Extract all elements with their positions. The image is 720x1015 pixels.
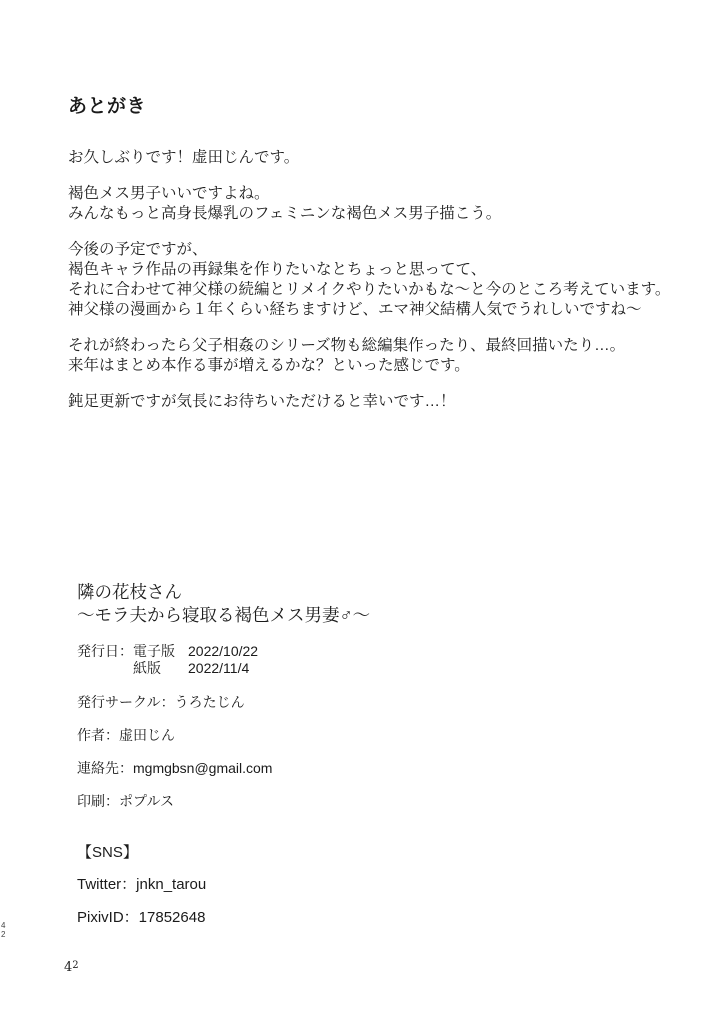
book-subtitle: ～モラ夫から寝取る褐色メス男妻♂～ (77, 604, 637, 627)
paragraph-line: それに合わせて神父様の続編とリメイクやりたいかもな～と今のところ考えています。 (68, 280, 688, 300)
issue-date-label-spacer (77, 660, 133, 677)
edge-signature-mark: 4 2 (1, 921, 5, 939)
page-number-digit-small: 2 (72, 960, 78, 971)
issue-dates-block: 発行日： 電子版 2022/10/22 紙版 2022/11/4 (77, 643, 637, 677)
afterword-page: あとがき お久しぶりです！虚田じんです。 褐色メス男子いいですよね。 みんなもっ… (0, 0, 720, 1015)
issue-row-digital: 発行日： 電子版 2022/10/22 (77, 643, 637, 660)
book-title: 隣の花枝さん (77, 581, 637, 604)
issue-date-digital: 2022/10/22 (188, 643, 258, 660)
issue-row-print: 紙版 2022/11/4 (77, 660, 637, 677)
issue-edition-print: 紙版 (133, 660, 188, 677)
twitter-line: Twitter：jnkn_tarou (77, 877, 637, 893)
afterword-paragraph-1: お久しぶりです！虚田じんです。 (68, 148, 688, 168)
issue-date-label: 発行日： (77, 643, 133, 660)
sns-heading: 【SNS】 (77, 845, 637, 861)
edge-mark-digit-bottom: 2 (1, 930, 5, 939)
paragraph-line: 鈍足更新ですが気長にお待ちいただけると幸いです…！ (68, 392, 688, 412)
paragraph-line: 神父様の漫画から１年くらい経ちますけど、エマ神父結構人気でうれしいですね～ (68, 300, 688, 320)
afterword-paragraph-4: それが終わったら父子相姦のシリーズ物も総編集作ったり、最終回描いたり…。 来年は… (68, 336, 688, 376)
page-number: 42 (64, 960, 79, 975)
paragraph-line: お久しぶりです！虚田じんです。 (68, 148, 688, 168)
afterword-paragraph-5: 鈍足更新ですが気長にお待ちいただけると幸いです…！ (68, 392, 688, 412)
afterword-section: あとがき お久しぶりです！虚田じんです。 褐色メス男子いいですよね。 みんなもっ… (68, 94, 688, 412)
contact-line: 連絡先：mgmgbsn@gmail.com (77, 761, 637, 776)
afterword-paragraph-2: 褐色メス男子いいですよね。 みんなもっと高身長爆乳のフェミニンな褐色メス男子描こ… (68, 184, 688, 224)
paragraph-line: みんなもっと高身長爆乳のフェミニンな褐色メス男子描こう。 (68, 204, 688, 224)
printer-line: 印刷：ポプルス (77, 794, 637, 809)
paragraph-line: それが終わったら父子相姦のシリーズ物も総編集作ったり、最終回描いたり…。 (68, 336, 688, 356)
afterword-paragraph-3: 今後の予定ですが、 褐色キャラ作品の再録集を作りたいなとちょっと思ってて、 それ… (68, 240, 688, 320)
issue-date-print: 2022/11/4 (188, 660, 249, 677)
circle-line: 発行サークル：うろたじん (77, 695, 637, 710)
afterword-heading: あとがき (68, 94, 688, 120)
colophon-section: 隣の花枝さん ～モラ夫から寝取る褐色メス男妻♂～ 発行日： 電子版 2022/1… (77, 581, 637, 926)
paragraph-line: 今後の予定ですが、 (68, 240, 688, 260)
author-line: 作者：虚田じん (77, 728, 637, 743)
paragraph-line: 来年はまとめ本作る事が増えるかな？といった感じです。 (68, 356, 688, 376)
pixiv-line: PixivID：17852648 (77, 910, 637, 926)
issue-edition-digital: 電子版 (133, 643, 188, 660)
edge-mark-digit-top: 4 (1, 921, 5, 930)
paragraph-line: 褐色メス男子いいですよね。 (68, 184, 688, 204)
paragraph-line: 褐色キャラ作品の再録集を作りたいなとちょっと思ってて、 (68, 260, 688, 280)
